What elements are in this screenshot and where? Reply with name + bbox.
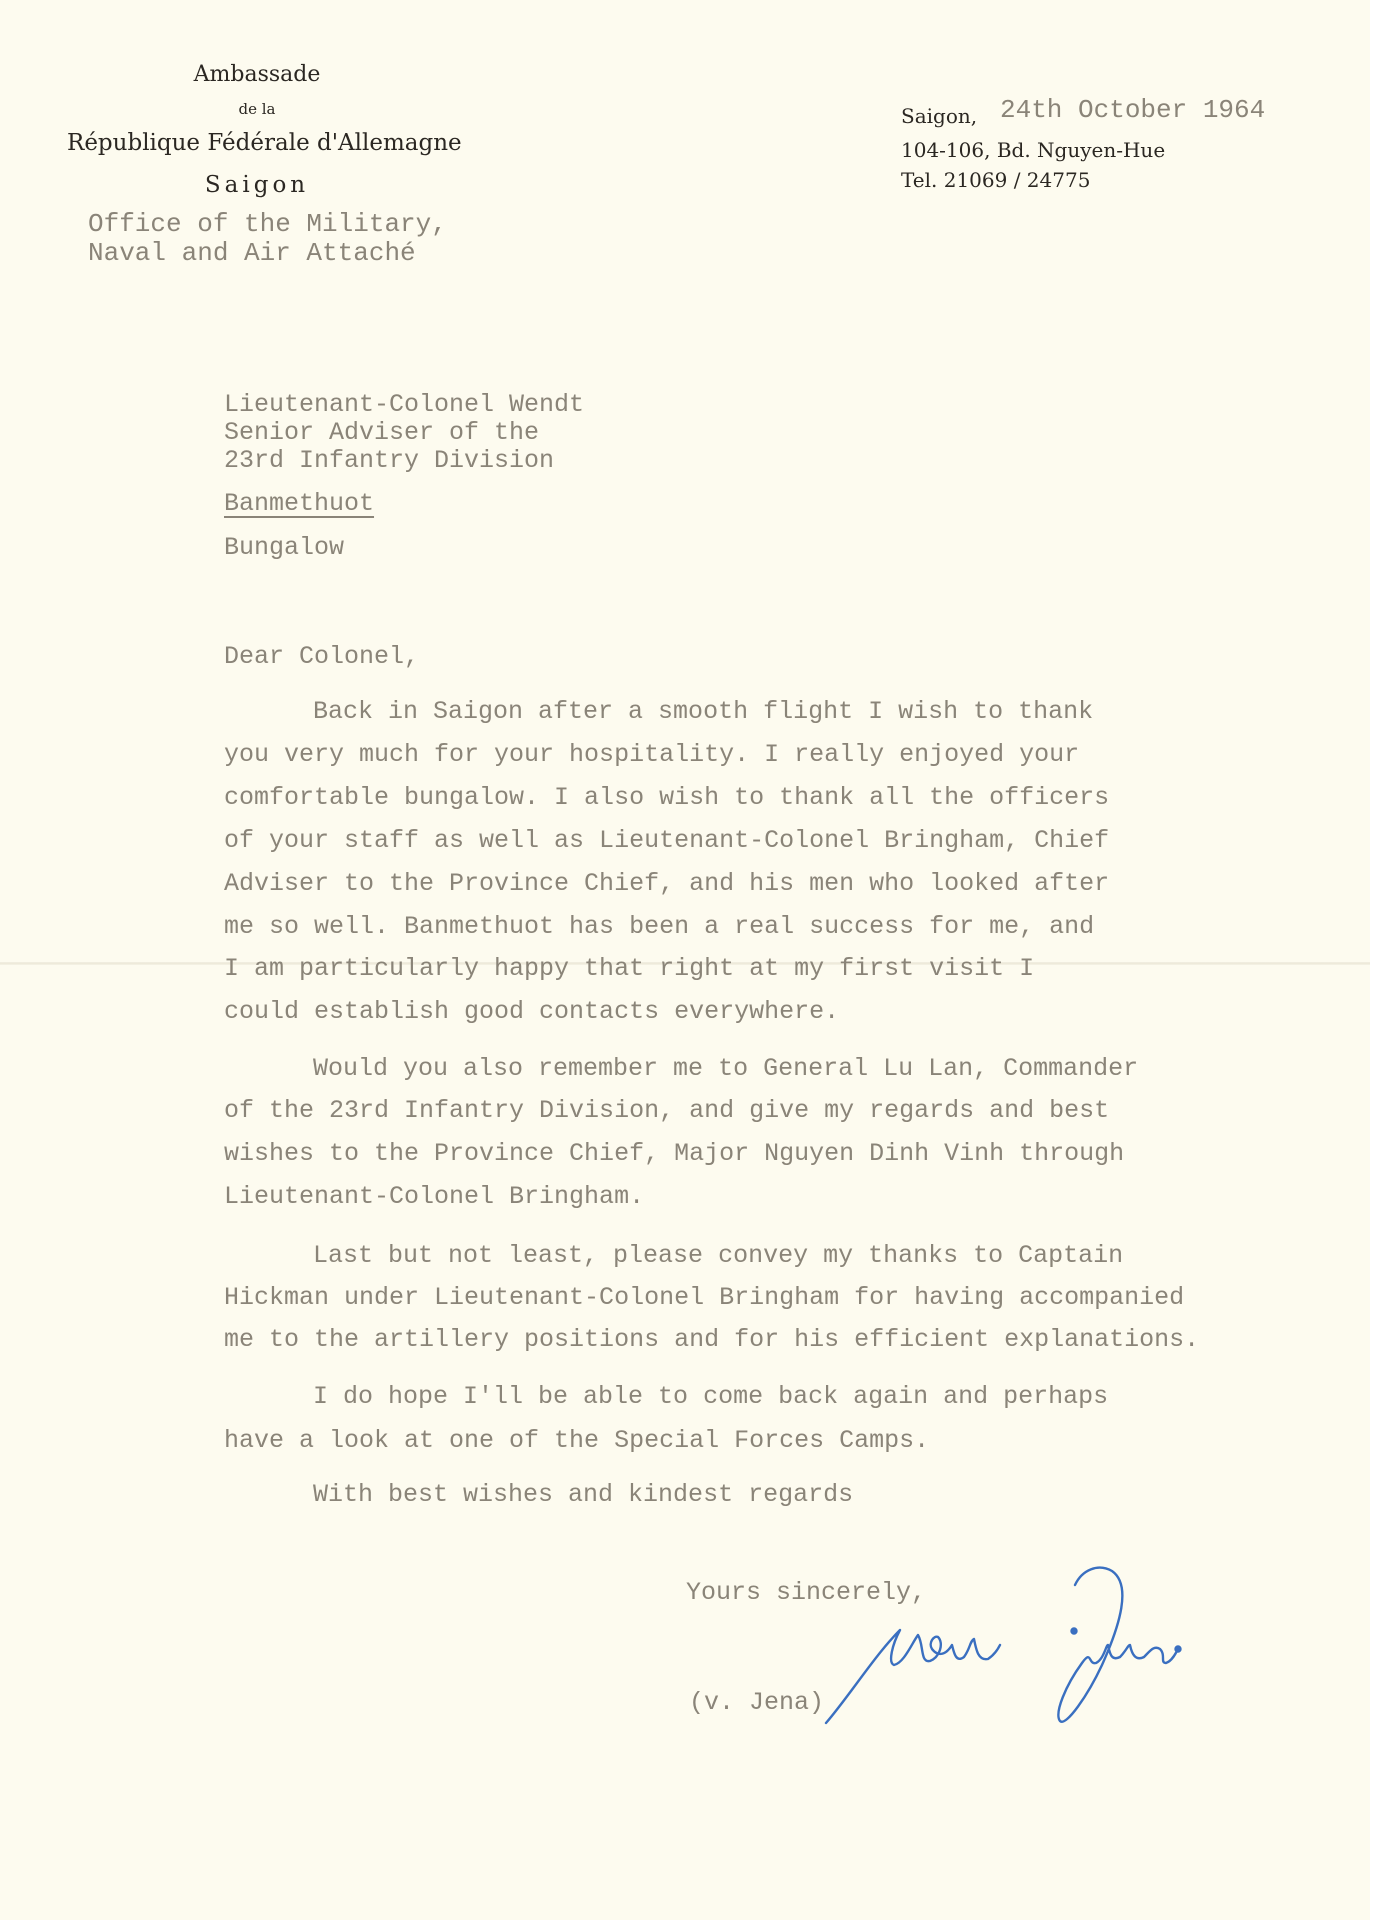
paragraph-1-line: of your staff as well as Lieutenant-Colo… <box>224 826 1109 855</box>
salutation: Dear Colonel, <box>224 642 419 671</box>
letter-date: 24th October 1964 <box>1000 95 1265 125</box>
recipient-location: Banmethuot <box>224 489 374 518</box>
office-line-1: Office of the Military, <box>88 209 447 239</box>
letterhead-embassy: Ambassade <box>157 62 357 87</box>
letterhead-city: Saigon <box>157 172 357 198</box>
paragraph-2-line: of the 23rd Infantry Division, and give … <box>224 1096 1109 1125</box>
paragraph-1-line: could establish good contacts everywhere… <box>224 997 839 1026</box>
paragraph-2-line: Lieutenant-Colonel Bringham. <box>224 1182 644 1211</box>
paragraph-1-line: comfortable bungalow. I also wish to tha… <box>224 783 1109 812</box>
letterhead-country: République Fédérale d'Allemagne <box>67 130 447 156</box>
paragraph-1-line: Back in Saigon after a smooth flight I w… <box>313 697 1093 726</box>
sender-telephone: Tel. 21069 / 24775 <box>901 168 1090 192</box>
recipient-unit: 23rd Infantry Division <box>224 446 554 475</box>
recipient-name: Lieutenant-Colonel Wendt <box>224 390 584 419</box>
recipient-title: Senior Adviser of the <box>224 418 539 447</box>
paragraph-3-line: me to the artillery positions and for hi… <box>224 1325 1199 1354</box>
paragraph-1-line: Adviser to the Province Chief, and his m… <box>224 869 1109 898</box>
paragraph-2-line: wishes to the Province Chief, Major Nguy… <box>224 1139 1124 1168</box>
handwritten-signature <box>820 1545 1240 1735</box>
paragraph-3-line: Last but not least, please convey my tha… <box>313 1241 1123 1270</box>
letterhead-of-the: de la <box>207 100 307 118</box>
sender-address: 104-106, Bd. Nguyen-Hue <box>901 138 1165 162</box>
typed-signature-name: (v. Jena) <box>689 1688 824 1717</box>
paragraph-2-line: Would you also remember me to General Lu… <box>313 1054 1138 1083</box>
office-line-2: Naval and Air Attaché <box>88 238 416 268</box>
paragraph-4-line: have a look at one of the Special Forces… <box>224 1426 929 1455</box>
recipient-residence: Bungalow <box>224 533 344 562</box>
sender-city: Saigon, <box>901 104 977 128</box>
paragraph-1-line: you very much for your hospitality. I re… <box>224 740 1079 769</box>
paragraph-4-line: I do hope I'll be able to come back agai… <box>313 1382 1108 1411</box>
paragraph-5-line: With best wishes and kindest regards <box>313 1480 853 1509</box>
paragraph-1-line: I am particularly happy that right at my… <box>224 954 1034 983</box>
paragraph-3-line: Hickman under Lieutenant-Colonel Bringha… <box>224 1283 1184 1312</box>
paragraph-1-line: me so well. Banmethuot has been a real s… <box>224 912 1094 941</box>
letter-page: Ambassade de la République Fédérale d'Al… <box>0 0 1370 1920</box>
